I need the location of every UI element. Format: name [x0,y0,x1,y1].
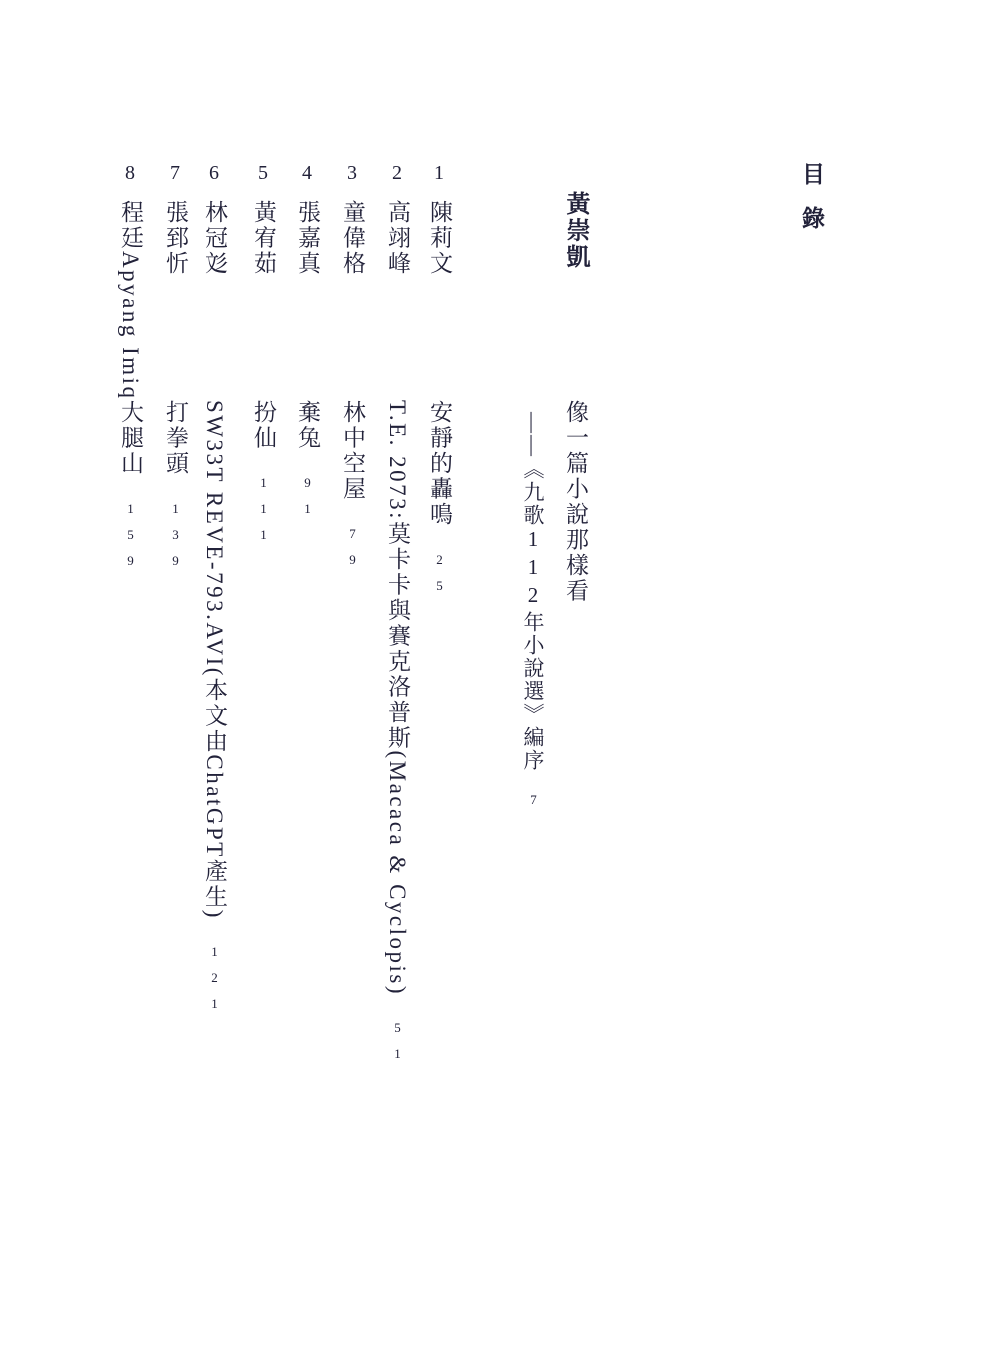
entry-number: 2 [380,162,414,184]
author-name: 林冠彣 [197,200,231,277]
entry-body: SW33T REVE-793.AVI(本文由ChatGPT產生)121 [197,400,231,1022]
page-number: 121 [207,944,222,1022]
toc-heading-column: 目錄 [794,162,828,1312]
story-title: T.E. 2073:莫卡卡與賽克洛普斯(Macaca & Cyclopis) [385,400,410,996]
author-name: 童偉格 [335,200,369,277]
entry-body: 棄兔91 [290,400,324,527]
author-name: 黃宥茹 [246,200,280,277]
entry-number: 3 [335,162,369,184]
page-number: 91 [300,475,315,527]
subtitle-prefix: ——《九歌 [521,412,545,527]
toc-entry: 5 黃宥茹 扮仙111 [246,162,280,1312]
author-name: 張郅忻 [158,200,192,277]
page-number: 79 [345,526,360,578]
entry-number: 1 [422,162,456,184]
entry-body: T.E. 2073:莫卡卡與賽克洛普斯(Macaca & Cyclopis)51 [380,400,414,1072]
page-number: 139 [168,501,183,579]
toc-page: 目錄 黃崇凱 像一篇小說那樣看 ——《九歌112年小說選》編序7 1 陳莉文 安… [0,0,1000,1355]
entry-number: 7 [158,162,192,184]
editor-name: 黃崇凱 [558,191,592,271]
author-name: 程廷Apyang Imiq [113,200,147,401]
toc-entry: 4 張嘉真 棄兔91 [290,162,324,1312]
subtitle-suffix: 年小說選》編序 [521,611,545,772]
story-title: 打拳頭 [163,400,188,477]
story-title: SW33T REVE-793.AVI(本文由ChatGPT產生) [202,400,227,920]
entry-body: 扮仙111 [246,400,280,553]
page-number: 7 [526,792,541,818]
entry-body: 安靜的轟鳴25 [422,400,456,604]
entry-number: 6 [197,162,231,184]
preface-entry: 黃崇凱 像一篇小說那樣看 [558,162,592,1312]
toc-entry: 7 張郅忻 打拳頭139 [158,162,192,1312]
story-title: 棄兔 [295,400,320,451]
entry-number: 4 [290,162,324,184]
page-number: 51 [390,1020,405,1072]
entry-number: 5 [246,162,280,184]
page-number: 111 [256,475,271,553]
story-title: 大腿山 [118,400,143,477]
entry-body: 大腿山159 [113,400,147,579]
story-title: 林中空屋 [340,400,365,502]
story-title: 安靜的轟鳴 [427,400,452,528]
author-name: 張嘉真 [290,200,324,277]
preface-title: 像一篇小說那樣看 [558,400,592,604]
entry-body: 打拳頭139 [158,400,192,579]
page-number: 159 [123,501,138,579]
page-title: 目錄 [794,162,828,250]
toc-entry: 1 陳莉文 安靜的轟鳴25 [422,162,456,1312]
entry-number: 8 [113,162,147,184]
page-number: 25 [432,552,447,604]
author-name: 陳莉文 [422,200,456,277]
preface-subtitle: ——《九歌112年小說選》編序7 [516,412,550,1312]
toc-entry: 6 林冠彣 SW33T REVE-793.AVI(本文由ChatGPT產生)12… [197,162,231,1312]
story-title: 扮仙 [251,400,276,451]
entry-body: 林中空屋79 [335,400,369,578]
toc-entry: 3 童偉格 林中空屋79 [335,162,369,1312]
toc-entry: 2 高翊峰 T.E. 2073:莫卡卡與賽克洛普斯(Macaca & Cyclo… [380,162,414,1312]
subtitle-year-digits: 112 [521,527,545,611]
toc-entry: 8 程廷Apyang Imiq 大腿山159 [113,162,147,1312]
author-name: 高翊峰 [380,200,414,277]
